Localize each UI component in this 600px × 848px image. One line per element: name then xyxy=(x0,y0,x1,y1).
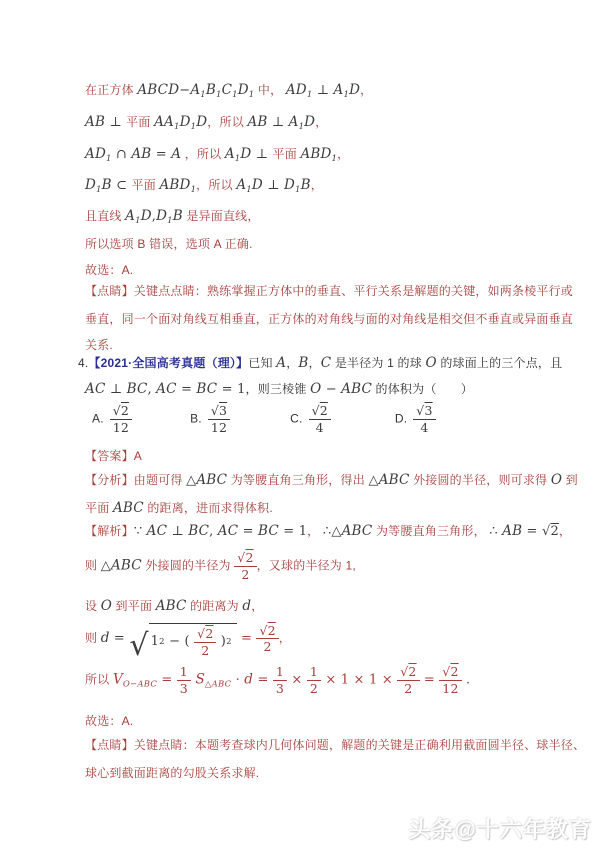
text-segment: O xyxy=(310,381,321,397)
text-segment: ， xyxy=(251,599,263,613)
text-segment: A xyxy=(171,146,181,162)
text-segment: AD xyxy=(85,146,106,162)
text-segment: 4. xyxy=(78,356,88,370)
text-segment: AC xyxy=(156,381,176,397)
text-segment: 则 xyxy=(85,631,101,645)
text-segment: ⊥ xyxy=(263,178,284,193)
text-segment: 中， xyxy=(254,83,285,97)
text-segment: ABCD xyxy=(137,82,179,98)
text-segment: AC xyxy=(218,523,238,539)
solution4-choice: 故选：A. xyxy=(85,714,133,730)
text-segment: △ xyxy=(101,558,111,573)
solution4-tip-line-1: 【点睛】关键点睛：本题考查球内几何体问题，解题的关键是正确利用截面圆半径、球半径… xyxy=(85,738,585,754)
text-segment: ，所以 xyxy=(207,115,247,129)
text-segment: 【解析】 xyxy=(85,524,134,538)
explain4-line-3: 设 O 到平面 ABC 的距离为 d， xyxy=(85,598,263,616)
text-segment: B xyxy=(301,177,311,193)
text-segment: O−ABC xyxy=(123,679,157,689)
text-segment: = xyxy=(238,524,258,539)
text-segment: △ xyxy=(368,473,378,488)
math-expression: 13 xyxy=(177,665,191,696)
text-segment: ABC xyxy=(156,598,187,614)
text-segment: BC xyxy=(188,523,209,539)
text-segment: = 1 xyxy=(279,524,307,539)
text-segment: = xyxy=(237,631,257,646)
text-segment: 【点睛】关键点点睛：熟练掌握正方体中的垂直、平行关系是解题的关键，如两条棱平行或 xyxy=(85,284,573,298)
text-segment: ， xyxy=(309,356,321,370)
text-segment: ⊂ xyxy=(112,178,132,193)
text-segment: ABC xyxy=(341,381,372,397)
analysis4-line-2: 平面 ABC 的距离，进而求得体积. xyxy=(85,500,273,518)
text-segment: 垂直，同一个面对角线互相垂直，正方体的对角线与面的对角线是相交但不垂直或异面垂直 xyxy=(85,312,573,326)
math-expression: 13 xyxy=(273,665,287,696)
text-segment: 【分析】由题可得 xyxy=(85,473,186,487)
text-segment: D xyxy=(304,114,315,130)
text-segment: 为等腰直角三角形，得出 xyxy=(227,473,368,487)
text-segment: 已知 xyxy=(248,356,276,370)
text-segment: 故选：A. xyxy=(85,714,133,728)
text-segment: △ xyxy=(186,473,196,488)
text-segment: B xyxy=(102,177,112,193)
text-segment: ， xyxy=(360,83,372,97)
text-segment: D xyxy=(252,177,263,193)
explain4-line-4: 则 d = √12 − ( √22 )2 = √22， xyxy=(85,620,291,658)
text-segment: 是半径为 1 的球 xyxy=(331,356,425,370)
text-segment: 到平面 xyxy=(112,599,156,613)
text-segment: 平面 xyxy=(126,115,154,129)
text-segment: , xyxy=(147,382,156,397)
text-segment: = xyxy=(110,631,130,646)
solution4-tip-line-2: 球心到截面距离的勾股关系求解. xyxy=(85,766,259,782)
text-segment: ⊥ xyxy=(268,115,289,130)
question4-options: A.√212B.√312C.√24D.√34 xyxy=(92,404,436,435)
text-segment: ) xyxy=(216,634,226,651)
solution3-line-2: AB ⊥ 平面 AA1D1D，所以 AB ⊥ A1D， xyxy=(85,114,327,133)
text-segment: 为等腰直角三角形， xyxy=(372,524,489,538)
text-segment: ABC xyxy=(196,472,227,488)
solution3-choice: 故选：A. xyxy=(85,263,133,279)
text-segment: ， xyxy=(286,356,298,370)
text-segment: A xyxy=(190,82,200,98)
text-segment: B xyxy=(298,355,308,371)
text-segment: A xyxy=(125,208,135,224)
solution3-line-5: 且直线 A1D,D1B 是异面直线， xyxy=(85,208,260,227)
text-segment: 平面 xyxy=(273,147,301,161)
text-segment: D xyxy=(180,114,191,130)
text-segment: B xyxy=(173,208,183,224)
math-expression: √312 xyxy=(208,404,230,435)
text-segment: O xyxy=(426,355,437,371)
text-segment: 则 xyxy=(85,558,101,572)
text-segment: C xyxy=(321,355,332,371)
text-segment: = xyxy=(177,382,197,397)
text-segment: ，又球的半径为 1, xyxy=(257,558,356,572)
text-segment: D xyxy=(85,177,96,193)
answer4: 【答案】A xyxy=(85,449,142,465)
text-segment: 所以 xyxy=(85,672,113,686)
text-segment: C. xyxy=(290,411,302,425)
text-segment: ，所以 xyxy=(181,147,225,161)
text-segment: ∩ xyxy=(112,147,132,162)
watermark: 头条@十六年教育 xyxy=(409,813,592,844)
math-expression: √34 xyxy=(413,404,435,435)
text-segment: ， xyxy=(559,524,571,538)
text-segment: 【2021·全国高考真题（理）】 xyxy=(88,356,248,370)
text-segment: A xyxy=(225,146,235,162)
text-segment: ABD xyxy=(159,177,190,193)
text-segment: ABC xyxy=(379,472,410,488)
text-segment: O xyxy=(101,598,112,614)
text-segment: = xyxy=(420,672,440,687)
text-segment: × 1 × 1 × xyxy=(321,672,397,687)
text-segment: − xyxy=(321,382,341,397)
text-segment: ，所以 xyxy=(196,178,236,192)
solution3-line-6: 所以选项 B 错误，选项 A 正确. xyxy=(85,237,253,253)
math-expression: √22 xyxy=(234,551,256,582)
text-segment: BC xyxy=(196,381,217,397)
text-segment: A. xyxy=(92,411,104,425)
text-segment: ABC xyxy=(113,500,144,516)
text-segment: ∵ xyxy=(134,524,147,539)
text-segment: ，则三棱锥 xyxy=(246,382,311,396)
text-segment: 【答案】A xyxy=(85,449,142,463)
text-segment: AD xyxy=(286,82,307,98)
text-segment: AB xyxy=(502,523,522,539)
text-segment: AC xyxy=(147,523,167,539)
text-segment: 2 xyxy=(226,637,232,648)
math-expression: √22 xyxy=(256,624,278,655)
text-segment: − ( xyxy=(165,634,194,651)
text-segment: . xyxy=(462,672,471,687)
text-segment: A xyxy=(236,177,246,193)
text-segment: d xyxy=(101,630,110,646)
text-segment: ， xyxy=(311,178,323,192)
text-segment: 的体积为（ ） xyxy=(372,382,473,396)
text-segment: d xyxy=(242,598,251,614)
text-segment: AB xyxy=(85,114,105,130)
text-segment: = xyxy=(157,672,177,687)
text-segment: AC xyxy=(85,381,105,397)
text-segment: − xyxy=(179,83,190,98)
math-expression: √24 xyxy=(309,404,331,435)
text-segment: O xyxy=(551,472,562,488)
math-expression: √22 xyxy=(397,665,419,696)
text-segment: 的距离，进而求得体积. xyxy=(144,501,273,515)
text-segment: D xyxy=(238,82,249,98)
text-segment: AB xyxy=(131,146,151,162)
text-segment: = xyxy=(253,672,273,687)
text-segment: ⊥ xyxy=(251,147,272,162)
text-segment: 外接圆的半径为 xyxy=(142,558,234,572)
text-segment: 平面 xyxy=(85,501,113,515)
explain4-line-1: 【解析】∵ AC ⊥ BC, AC = BC = 1， ∴△ABC 为等腰直角三… xyxy=(85,523,571,541)
text-segment: D xyxy=(349,82,360,98)
text-segment: △ABC xyxy=(205,679,231,689)
solution3-tip-line-1: 【点睛】关键点点睛：熟练掌握正方体中的垂直、平行关系是解题的关键，如两条棱平行或 xyxy=(85,284,573,300)
text-segment: 【点睛】关键点睛：本题考查球内几何体问题，解题的关键是正确利用截面圆半径、球半径… xyxy=(85,738,585,752)
text-segment: 关系. xyxy=(85,338,113,352)
text-segment: V xyxy=(113,671,123,687)
text-segment: 且直线 xyxy=(85,209,125,223)
solution3-line-4: D1B ⊂ 平面 ABD1，所以 A1D ⊥ D1B， xyxy=(85,177,323,196)
text-segment: C xyxy=(222,82,233,98)
text-segment: D xyxy=(240,146,251,162)
text-segment: × xyxy=(287,672,307,687)
text-segment: 是异面直线， xyxy=(183,209,260,223)
text-segment: = xyxy=(151,147,171,162)
text-segment: · xyxy=(231,672,244,687)
text-segment: , xyxy=(209,524,218,539)
math-expression: √212 xyxy=(110,404,132,435)
text-segment: S xyxy=(191,671,205,687)
math-expression: √22 xyxy=(194,627,216,658)
text-segment: ⊥ xyxy=(167,524,188,539)
explain4-line-5: 所以 VO−ABC = 13 S△ABC · d = 13 × 12 × 1 ×… xyxy=(85,665,470,696)
analysis4-line-1: 【分析】由题可得 △ABC 为等腰直角三角形，得出 △ABC 外接圆的半径，则可… xyxy=(85,472,578,490)
text-segment: D xyxy=(284,177,295,193)
text-segment: ABD xyxy=(300,146,331,162)
math-expression: 12 xyxy=(307,665,321,696)
text-segment: ， xyxy=(279,631,291,645)
question4-line-1: 4.【2021·全国高考真题（理）】已知 A，B，C 是半径为 1 的球 O 的… xyxy=(78,355,562,373)
text-segment: ⊥ xyxy=(312,83,333,98)
text-segment: 的距离为 xyxy=(187,599,243,613)
text-segment: ABC xyxy=(111,557,142,573)
text-segment: B xyxy=(206,82,216,98)
text-segment: ， xyxy=(307,524,323,538)
text-segment: 平面 xyxy=(132,178,160,192)
text-segment: 所以选项 B 错误，选项 A 正确. xyxy=(85,237,253,251)
math-expression: √12 − ( √22 )2 xyxy=(129,620,236,658)
text-segment: 在正方体 xyxy=(85,83,137,97)
text-segment: A xyxy=(289,114,299,130)
document-page: 头条@十六年教育 在正方体 ABCD−A1B1C1D1 中， AD1 ⊥ A1D… xyxy=(0,0,600,848)
math-expression: √2 xyxy=(542,524,559,539)
text-segment: AB xyxy=(247,114,267,130)
text-segment: A xyxy=(334,82,344,98)
text-segment: ， xyxy=(315,115,327,129)
text-segment: D. xyxy=(395,411,407,425)
text-segment: = xyxy=(522,524,542,539)
solution3-line-1: 在正方体 ABCD−A1B1C1D1 中， AD1 ⊥ A1D， xyxy=(85,82,372,101)
text-segment: d xyxy=(244,671,253,687)
text-segment: AA xyxy=(154,114,174,130)
text-segment: 的球面上的三个点，且 xyxy=(437,356,563,370)
math-expression: √212 xyxy=(439,665,461,696)
text-segment: 球心到截面距离的勾股关系求解. xyxy=(85,766,259,780)
question4-line-2: AC ⊥ BC, AC = BC = 1，则三棱锥 O − ABC 的体积为（ … xyxy=(85,381,473,399)
text-segment: BC xyxy=(127,381,148,397)
text-segment: D xyxy=(196,114,207,130)
text-segment: D xyxy=(141,208,152,224)
text-segment: ∴ xyxy=(489,524,502,539)
text-segment: ABC xyxy=(342,523,373,539)
text-segment: ⊥ xyxy=(105,115,126,130)
text-segment: D xyxy=(156,208,167,224)
text-segment: = 1 xyxy=(217,382,245,397)
text-segment: ∴△ xyxy=(323,524,342,539)
solution3-line-3: AD1 ∩ AB = A ，所以 A1D ⊥ 平面 ABD1， xyxy=(85,146,349,165)
text-segment: 到 xyxy=(562,473,578,487)
text-segment: 外接圆的半径，则可求得 xyxy=(410,473,551,487)
text-segment: 故选：A. xyxy=(85,263,133,277)
solution3-tip-line-2: 垂直，同一个面对角线互相垂直，正方体的对角线与面的对角线是相交但不垂直或异面垂直 xyxy=(85,312,573,328)
text-segment: 1 xyxy=(151,634,159,651)
solution3-tip-line-3: 关系. xyxy=(85,338,113,354)
explain4-line-2: 则 △ABC 外接圆的半径为 √22，又球的半径为 1, xyxy=(85,551,356,582)
text-segment: 设 xyxy=(85,599,101,613)
text-segment: A xyxy=(276,355,286,371)
text-segment: B. xyxy=(190,411,202,425)
text-segment: ⊥ xyxy=(105,382,126,397)
text-segment: ， xyxy=(337,147,349,161)
text-segment: BC xyxy=(258,523,279,539)
